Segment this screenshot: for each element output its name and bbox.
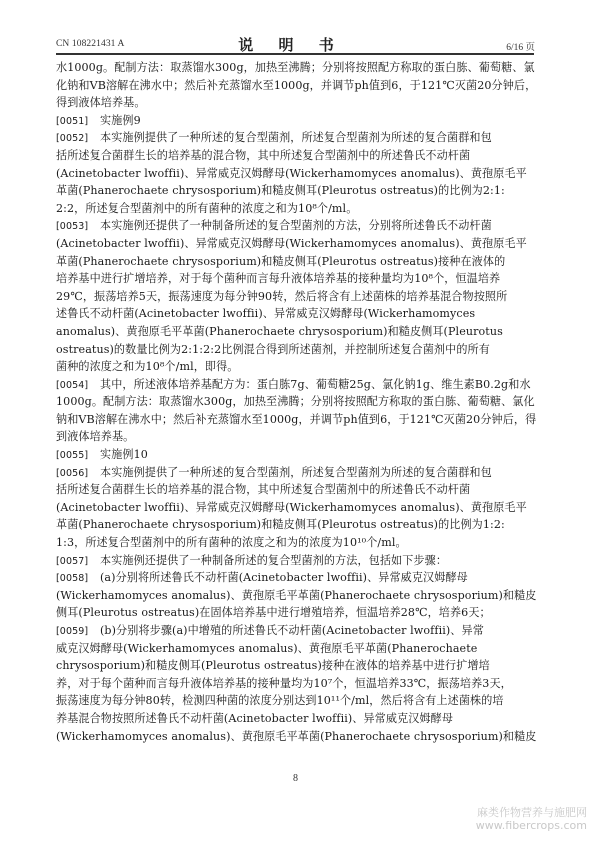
text-line: 威克汉姆酵母(Wickerhamomyces anomalus)、黄孢原毛平革菌… <box>56 640 534 658</box>
line-text: 养，对于每个菌种而言每升液体培养基的接种量均为10⁷个，恒温培养33℃，振荡培养… <box>56 677 512 690</box>
paragraph-number: [0052] <box>56 130 100 148</box>
line-text: 本实施例提供了一种所述的复合型菌剂，所述复合型菌剂为所述的复合菌群和包 <box>100 466 492 479</box>
text-line: (Acinetobacter lwoffii)、异常威克汉姆酵母(Wickerh… <box>56 165 534 183</box>
line-text: 本实施例还提供了一种制备所述的复合型菌剂的方法，包括如下步骤： <box>100 554 447 567</box>
text-line: 振荡速度为每分钟80转，检测四种菌的浓度分别达到10¹¹个/ml，然后将含有上述… <box>56 692 534 710</box>
text-line: (Acinetobacter lwoffii)、异常威克汉姆酵母(Wickerh… <box>56 499 534 517</box>
paragraph-number: [0058] <box>56 570 100 588</box>
paragraph-start-line: [0059](b)分别将步骤(a)中增殖的所述鲁氏不动杆菌(Acinetobac… <box>56 622 534 640</box>
text-line: (Wickerhamomyces anomalus)、黄孢原毛平革菌(Phane… <box>56 587 534 605</box>
text-line: 化钠和VB溶解在沸水中；然后补充蒸馏水至1000g，并调节ph值到6，于121℃… <box>56 77 534 95</box>
text-line: 2:2，所述复合型菌剂中的所有菌种的浓度之和为10⁸个/ml。 <box>56 200 534 218</box>
line-text: 到液体培养基。 <box>56 430 134 443</box>
line-text: 化钠和VB溶解在沸水中；然后补充蒸馏水至1000g，并调节ph值到6，于121℃… <box>56 79 536 92</box>
document-body: 水1000g。配制方法：取蒸馏水300g，加热至沸腾；分别将按照配方称取的蛋白胨… <box>56 59 534 745</box>
line-text: 革菌(Phanerochaete chrysosporium)和糙皮侧耳(Ple… <box>56 255 505 268</box>
line-text: (a)分别将所述鲁氏不动杆菌(Acinetobacter lwoffii)、异常… <box>100 571 468 584</box>
page-indicator: 6/16 页 <box>506 39 535 53</box>
line-text: 其中，所述液体培养基配方为：蛋白胨7g、葡萄糖25g、氯化钠1g、维生素B0.2… <box>100 378 531 391</box>
line-text: ostreatus)的数量比例为2:1:2:2比例混合得到所述菌剂，并控制所述复… <box>56 343 490 356</box>
page-header: CN 108221431 A 说 明 书 6/16 页 <box>56 33 467 53</box>
text-line: 括所述复合菌群生长的培养基的混合物，其中所述复合型菌剂中的所述鲁氏不动杆菌 <box>56 147 534 165</box>
line-text: 括所述复合菌群生长的培养基的混合物，其中所述复合型菌剂中的所述鲁氏不动杆菌 <box>56 483 470 496</box>
line-text: 钠和VB溶解在沸水中；然后补充蒸馏水至1000g，并调节ph值到6，于121℃灭… <box>56 413 536 426</box>
text-line: chrysosporium)和糙皮侧耳(Pleurotus ostreatus)… <box>56 657 534 675</box>
line-text: chrysosporium)和糙皮侧耳(Pleurotus ostreatus)… <box>56 659 490 672</box>
text-line: 侧耳(Pleurotus ostreatus)在固体培养基中进行增殖培养，恒温培… <box>56 604 534 622</box>
paragraph-number: [0053] <box>56 218 100 236</box>
line-text: 2:2，所述复合型菌剂中的所有菌种的浓度之和为10⁸个/ml。 <box>56 202 357 215</box>
watermark-site-name: 麻类作物营养与施肥网 <box>476 806 587 819</box>
line-text: (Wickerhamomyces anomalus)、黄孢原毛平革菌(Phane… <box>56 589 537 602</box>
line-text: 29℃，振荡培养5天，振荡速度为每分钟90转，然后将含有上述菌株的培养基混合物按… <box>56 290 507 303</box>
text-line: 革菌(Phanerochaete chrysosporium)和糙皮侧耳(Ple… <box>56 253 534 271</box>
paragraph-number: [0054] <box>56 377 100 395</box>
line-text: 本实施例还提供了一种制备所述的复合型菌剂的方法，分别将所述鲁氏不动杆菌 <box>100 219 492 232</box>
text-line: 29℃，振荡培养5天，振荡速度为每分钟90转，然后将含有上述菌株的培养基混合物按… <box>56 288 534 306</box>
paragraph-start-line: [0054]其中，所述液体培养基配方为：蛋白胨7g、葡萄糖25g、氯化钠1g、维… <box>56 376 534 394</box>
paragraph-number: [0057] <box>56 553 100 571</box>
watermark: 麻类作物营养与施肥网 www.fibercrops.com <box>476 806 587 832</box>
paragraph-start-line: [0056]本实施例提供了一种所述的复合型菌剂，所述复合型菌剂为所述的复合菌群和… <box>56 464 534 482</box>
line-text: 实施例9 <box>100 114 141 127</box>
text-line: 菌种的浓度之和为10⁸个/ml，即得。 <box>56 358 534 376</box>
text-line: anomalus)、黄孢原毛平革菌(Phanerochaete chrysosp… <box>56 323 534 341</box>
text-line: 水1000g。配制方法：取蒸馏水300g，加热至沸腾；分别将按照配方称取的蛋白胨… <box>56 59 534 77</box>
text-line: 培养基中进行扩增培养，对于每个菌种而言每升液体培养基的接种量均为10⁸个，恒温培… <box>56 270 534 288</box>
paragraph-start-line: [0053]本实施例还提供了一种制备所述的复合型菌剂的方法，分别将所述鲁氏不动杆… <box>56 217 534 235</box>
paragraph-start-line: [0058](a)分别将所述鲁氏不动杆菌(Acinetobacter lwoff… <box>56 569 534 587</box>
paragraph-number: [0055] <box>56 447 100 465</box>
line-text: 威克汉姆酵母(Wickerhamomyces anomalus)、黄孢原毛平革菌… <box>56 642 477 655</box>
paragraph-number: [0056] <box>56 465 100 483</box>
line-text: 侧耳(Pleurotus ostreatus)在固体培养基中进行增殖培养，恒温培… <box>56 606 491 619</box>
text-line: 1000g。配制方法：取蒸馏水300g，加热至沸腾；分别将按照配方称取的蛋白胨、… <box>56 393 534 411</box>
paragraph-number: [0051] <box>56 113 100 131</box>
line-text: 水1000g。配制方法：取蒸馏水300g，加热至沸腾；分别将按照配方称取的蛋白胨… <box>56 61 535 74</box>
text-line: 革菌(Phanerochaete chrysosporium)和糙皮侧耳(Ple… <box>56 516 534 534</box>
line-text: 得到液体培养基。 <box>56 96 146 109</box>
text-line: 1:3，所述复合型菌剂中的所有菌种的浓度之和为的浓度为10¹⁰个/ml。 <box>56 534 534 552</box>
paragraph-start-line: [0055]实施例10 <box>56 446 534 464</box>
header-divider <box>56 53 534 55</box>
line-text: (Wickerhamomyces anomalus)、黄孢原毛平革菌(Phane… <box>56 730 537 743</box>
line-text: 实施例10 <box>100 448 148 461</box>
text-line: 述鲁氏不动杆菌(Acinetobacter lwoffii)、异常威克汉姆酵母(… <box>56 305 534 323</box>
line-text: (Acinetobacter lwoffii)、异常威克汉姆酵母(Wickerh… <box>56 237 527 250</box>
line-text: 培养基中进行扩增培养，对于每个菌种而言每升液体培养基的接种量均为10⁸个，恒温培… <box>56 272 500 285</box>
line-text: (Acinetobacter lwoffii)、异常威克汉姆酵母(Wickerh… <box>56 501 527 514</box>
line-text: 革菌(Phanerochaete chrysosporium)和糙皮侧耳(Ple… <box>56 518 505 531</box>
line-text: (Acinetobacter lwoffii)、异常威克汉姆酵母(Wickerh… <box>56 167 527 180</box>
line-text: 括所述复合菌群生长的培养基的混合物，其中所述复合型菌剂中的所述鲁氏不动杆菌 <box>56 149 470 162</box>
line-text: (b)分别将步骤(a)中增殖的所述鲁氏不动杆菌(Acinetobacter lw… <box>100 624 484 637</box>
paragraph-start-line: [0051]实施例9 <box>56 112 534 130</box>
text-line: (Acinetobacter lwoffii)、异常威克汉姆酵母(Wickerh… <box>56 235 534 253</box>
text-line: 养基混合物按照所述鲁氏不动杆菌(Acinetobacter lwoffii)、异… <box>56 710 534 728</box>
text-line: (Wickerhamomyces anomalus)、黄孢原毛平革菌(Phane… <box>56 728 534 746</box>
line-text: 菌种的浓度之和为10⁸个/ml，即得。 <box>56 360 239 373</box>
line-text: anomalus)、黄孢原毛平革菌(Phanerochaete chrysosp… <box>56 325 503 338</box>
text-line: 养，对于每个菌种而言每升液体培养基的接种量均为10⁷个，恒温培养33℃，振荡培养… <box>56 675 534 693</box>
text-line: 到液体培养基。 <box>56 428 534 446</box>
text-line: 钠和VB溶解在沸水中；然后补充蒸馏水至1000g，并调节ph值到6，于121℃灭… <box>56 411 534 429</box>
patent-number: CN 108221431 A <box>56 39 124 49</box>
text-line: 括所述复合菌群生长的培养基的混合物，其中所述复合型菌剂中的所述鲁氏不动杆菌 <box>56 481 534 499</box>
line-text: 1:3，所述复合型菌剂中的所有菌种的浓度之和为的浓度为10¹⁰个/ml。 <box>56 536 407 549</box>
text-line: 得到液体培养基。 <box>56 94 534 112</box>
text-line: 革菌(Phanerochaete chrysosporium)和糙皮侧耳(Ple… <box>56 182 534 200</box>
page-number: 8 <box>293 773 298 784</box>
line-text: 振荡速度为每分钟80转，检测四种菌的浓度分别达到10¹¹个/ml，然后将含有上述… <box>56 694 504 707</box>
text-line: ostreatus)的数量比例为2:1:2:2比例混合得到所述菌剂，并控制所述复… <box>56 341 534 359</box>
paragraph-start-line: [0052]本实施例提供了一种所述的复合型菌剂，所述复合型菌剂为所述的复合菌群和… <box>56 129 534 147</box>
line-text: 本实施例提供了一种所述的复合型菌剂，所述复合型菌剂为所述的复合菌群和包 <box>100 131 492 144</box>
line-text: 1000g。配制方法：取蒸馏水300g，加热至沸腾；分别将按照配方称取的蛋白胨、… <box>56 395 535 408</box>
watermark-url: www.fibercrops.com <box>476 819 587 832</box>
line-text: 养基混合物按照所述鲁氏不动杆菌(Acinetobacter lwoffii)、异… <box>56 712 453 725</box>
document-title: 说 明 书 <box>231 34 351 55</box>
paragraph-start-line: [0057]本实施例还提供了一种制备所述的复合型菌剂的方法，包括如下步骤： <box>56 552 534 570</box>
line-text: 述鲁氏不动杆菌(Acinetobacter lwoffii)、异常威克汉姆酵母(… <box>56 307 475 320</box>
line-text: 革菌(Phanerochaete chrysosporium)和糙皮侧耳(Ple… <box>56 184 505 197</box>
paragraph-number: [0059] <box>56 623 100 641</box>
